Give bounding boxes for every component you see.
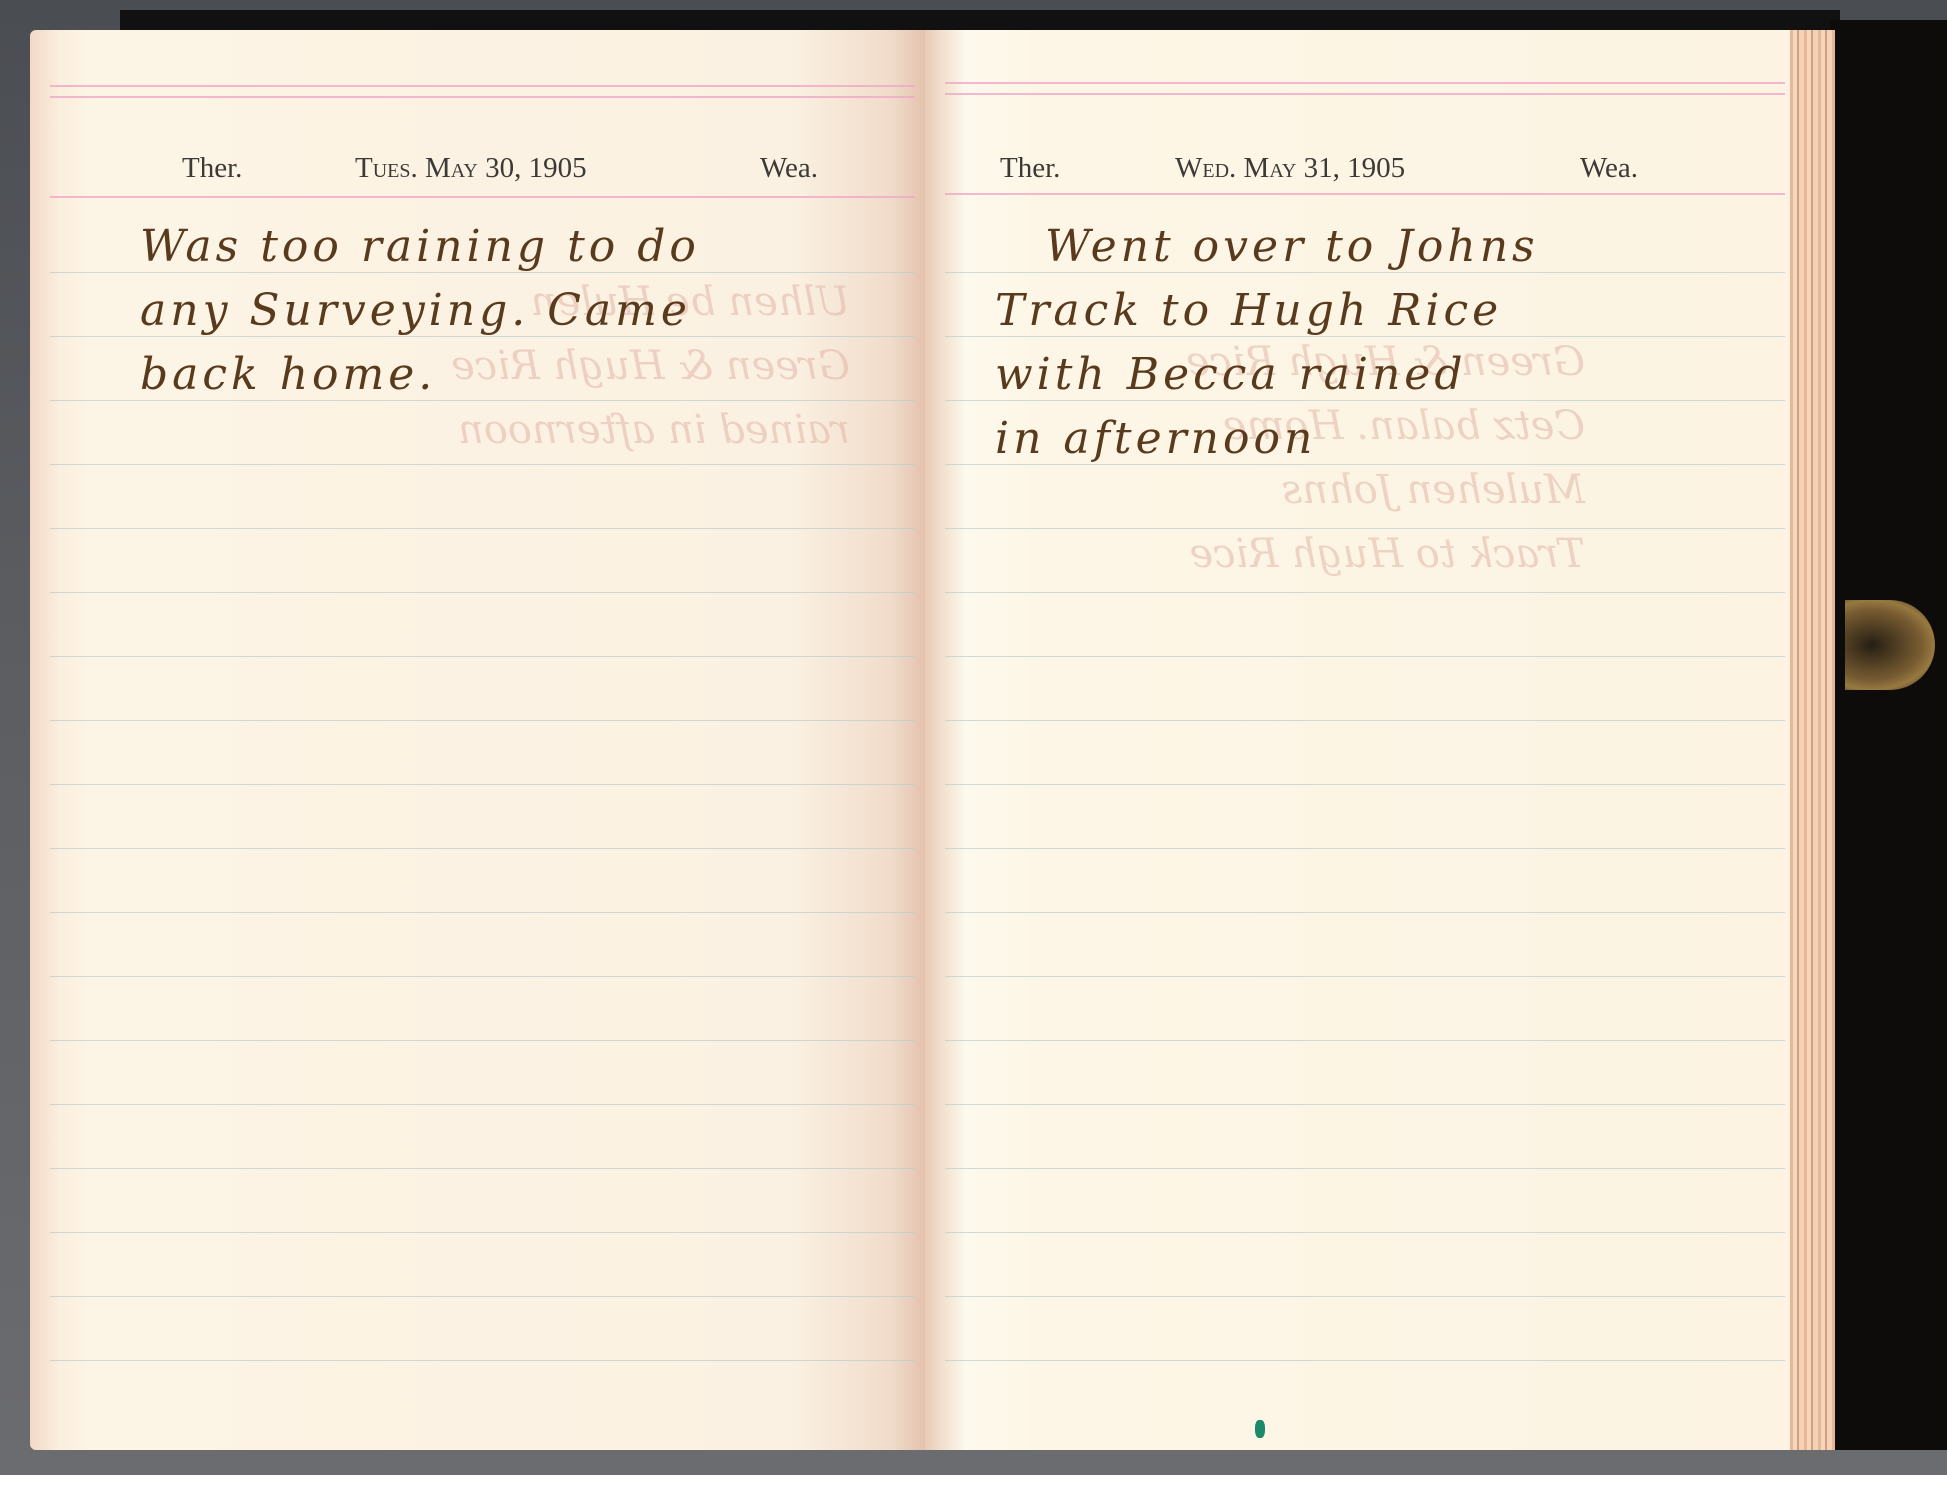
pink-rule (945, 193, 1785, 195)
pink-rule (50, 96, 915, 98)
right-page: Ther. Wed. May 31, 1905 Wea. Green & Hug… (925, 30, 1795, 1450)
left-page-header: Ther. Tues. May 30, 1905 Wea. (30, 152, 925, 192)
page-edges (1790, 30, 1835, 1450)
left-page: Ther. Tues. May 30, 1905 Wea. Ulhen be H… (30, 30, 925, 1450)
thermometer-label: Ther. (1000, 152, 1060, 185)
pink-rule (945, 93, 1785, 95)
thermometer-label: Ther. (182, 152, 242, 185)
entry-line: Track to Hugh Rice (995, 279, 1539, 343)
pink-rule (50, 85, 915, 87)
book-cover-right (1830, 20, 1947, 1450)
weather-label: Wea. (760, 152, 818, 185)
entry-line: back home. (140, 343, 700, 407)
entry-line: any Surveying. Came (140, 279, 700, 343)
book-clasp (1845, 600, 1935, 690)
green-ink-spot (1255, 1420, 1265, 1438)
right-page-header: Ther. Wed. May 31, 1905 Wea. (925, 152, 1795, 192)
pink-rule (945, 82, 1785, 84)
scan-margin (0, 1475, 1947, 1500)
right-entry: Went over to Johns Track to Hugh Rice wi… (995, 215, 1539, 471)
left-entry: Was too raining to do any Surveying. Cam… (140, 215, 700, 407)
pink-rule (50, 196, 915, 198)
date-heading: Wed. May 31, 1905 (1175, 152, 1405, 185)
entry-line: with Becca rained (995, 343, 1539, 407)
date-heading: Tues. May 30, 1905 (355, 152, 587, 185)
entry-line: in afternoon (995, 407, 1539, 471)
entry-line: Went over to Johns (995, 215, 1539, 279)
entry-line: Was too raining to do (140, 215, 700, 279)
weather-label: Wea. (1580, 152, 1638, 185)
